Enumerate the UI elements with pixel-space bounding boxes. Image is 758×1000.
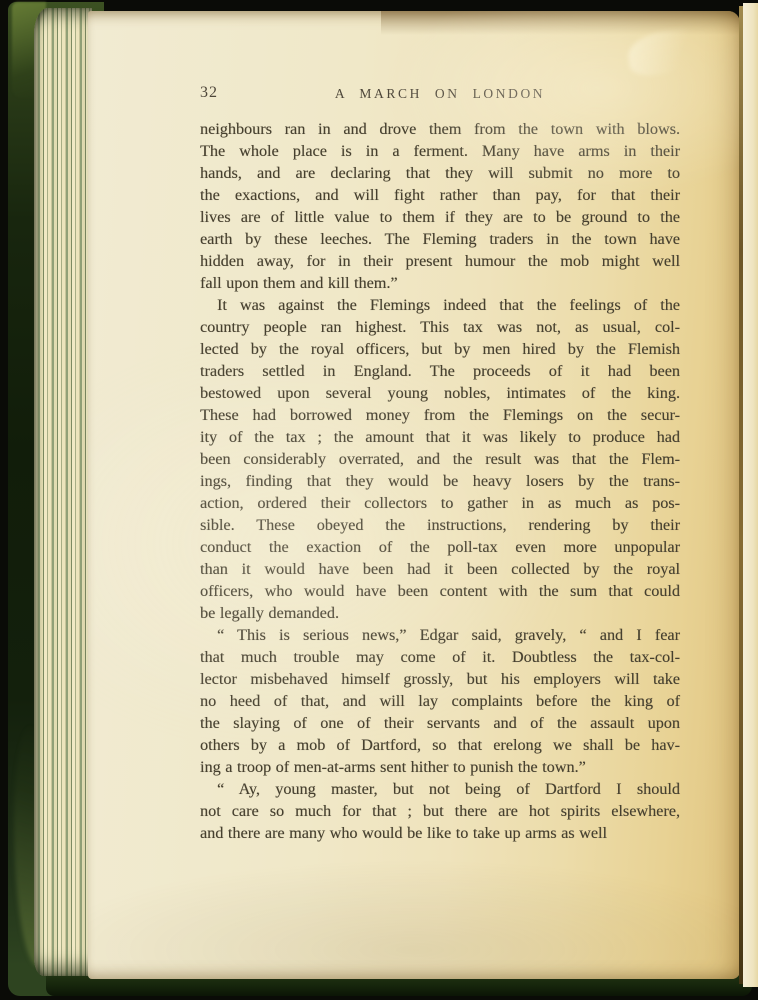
text-line: fall upon them and kill them.”	[200, 272, 680, 294]
running-head: 32 A MARCH ON LONDON	[200, 84, 680, 106]
page-number: 32	[200, 84, 218, 102]
body-text: neighbours ran in and drove them from th…	[200, 118, 680, 844]
page-edge-stack	[34, 8, 92, 976]
text-line: not care so much for that ; but there ar…	[200, 800, 680, 822]
text-line: hands, and are declaring that they will …	[200, 162, 680, 184]
text-line: and there are many who would be like to …	[200, 822, 680, 844]
text-line: It was against the Flemings indeed that …	[200, 294, 680, 316]
text-line: ing a troop of men-at-arms sent hither t…	[200, 756, 680, 778]
paragraph: neighbours ran in and drove them from th…	[200, 118, 680, 294]
text-line: been considerably overrated, and the res…	[200, 448, 680, 470]
text-line: the slaying of one of their servants and…	[200, 712, 680, 734]
text-line: no heed of that, and will lay complaints…	[200, 690, 680, 712]
paragraph: It was against the Flemings indeed that …	[200, 294, 680, 624]
text-line: than it would have been had it been coll…	[200, 558, 680, 580]
text-line: others by a mob of Dartford, so that ere…	[200, 734, 680, 756]
text-line: action, ordered their collectors to gath…	[200, 492, 680, 514]
text-line: that much trouble may come of it. Doubtl…	[200, 646, 680, 668]
text-line: ity of the tax ; the amount that it was …	[200, 426, 680, 448]
text-line: lives are of little value to them if the…	[200, 206, 680, 228]
text-line: country people ran highest. This tax was…	[200, 316, 680, 338]
next-page-edge	[743, 3, 758, 987]
text-line: lected by the royal officers, but by men…	[200, 338, 680, 360]
text-line: lector misbehaved himself grossly, but h…	[200, 668, 680, 690]
book-page: 32 A MARCH ON LONDON neighbours ran in a…	[88, 11, 740, 979]
text-line: The whole place is in a ferment. Many ha…	[200, 140, 680, 162]
text-line: neighbours ran in and drove them from th…	[200, 118, 680, 140]
text-line: be legally demanded.	[200, 602, 680, 624]
text-line: bestowed upon several young nobles, inti…	[200, 382, 680, 404]
scanned-book-photo: 32 A MARCH ON LONDON neighbours ran in a…	[0, 0, 758, 1000]
text-line: conduct the exaction of the poll-tax eve…	[200, 536, 680, 558]
text-line: the exactions, and will fight rather tha…	[200, 184, 680, 206]
text-line: traders settled in England. The proceeds…	[200, 360, 680, 382]
text-line: These had borrowed money from the Flemin…	[200, 404, 680, 426]
paragraph: “ This is serious news,” Edgar said, gra…	[200, 624, 680, 778]
text-line: hidden away, for in their present humour…	[200, 250, 680, 272]
page-corner-fold	[625, 26, 710, 79]
text-line: “ Ay, young master, but not being of Dar…	[200, 778, 680, 800]
paragraph: “ Ay, young master, but not being of Dar…	[200, 778, 680, 844]
text-line: ings, finding that they would be heavy l…	[200, 470, 680, 492]
text-line: “ This is serious news,” Edgar said, gra…	[200, 624, 680, 646]
text-line: earth by these leeches. The Fleming trad…	[200, 228, 680, 250]
text-line: officers, who would have been content wi…	[200, 580, 680, 602]
running-header-title: A MARCH ON LONDON	[200, 84, 680, 102]
text-line: sible. These obeyed the instructions, re…	[200, 514, 680, 536]
